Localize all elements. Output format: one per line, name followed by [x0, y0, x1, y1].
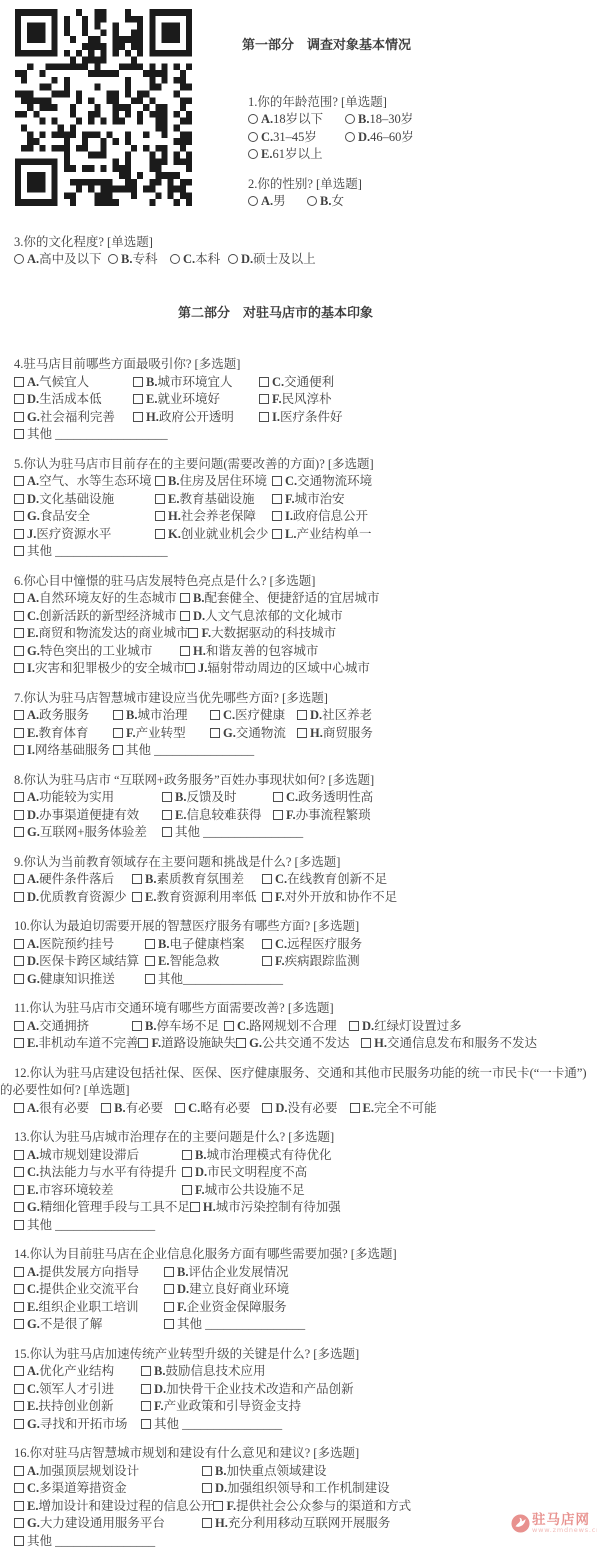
checkbox-icon[interactable] — [141, 1384, 151, 1394]
checkbox-icon[interactable] — [145, 939, 155, 949]
checkbox-icon[interactable] — [14, 546, 24, 556]
option-label: 教育资源利用率低 — [156, 890, 256, 904]
option-8-C[interactable]: C.政务透明性高 — [273, 789, 373, 807]
option-6-E[interactable]: E.商贸和物流发达的商业城市 — [14, 625, 188, 643]
option-label: 大力建设通用服务平台 — [40, 1516, 165, 1530]
option-letter: D. — [362, 1019, 374, 1033]
option-8-D[interactable]: D.办事渠道便捷有效 — [14, 807, 162, 825]
option-label: 企业资金保障服务 — [187, 1300, 287, 1314]
checkbox-icon[interactable] — [164, 1302, 174, 1312]
checkbox-icon[interactable] — [361, 1038, 371, 1048]
option-10-B[interactable]: B.电子健康档案 — [145, 936, 262, 954]
option-7-H[interactable]: H.商贸服务 — [297, 725, 373, 743]
checkbox-icon[interactable] — [182, 1185, 192, 1195]
option-12-B[interactable]: B.有必要 — [101, 1100, 163, 1118]
checkbox-icon[interactable] — [14, 412, 24, 422]
checkbox-icon[interactable] — [350, 1103, 360, 1113]
checkbox-icon[interactable] — [182, 1167, 192, 1177]
option-label: 医疗资源水平 — [36, 527, 111, 541]
option-5-K[interactable]: K.创业就业机会少 — [155, 526, 272, 544]
option-11-G[interactable]: G.公共交通不发达 — [236, 1035, 361, 1053]
option-10-A[interactable]: A.医院预约挂号 — [14, 936, 145, 954]
checkbox-icon[interactable] — [14, 1267, 24, 1277]
checkbox-icon[interactable] — [202, 1466, 212, 1476]
option-12-D[interactable]: D.没有必要 — [262, 1100, 337, 1118]
option-8-other[interactable]: 其他 ________________ — [162, 824, 303, 842]
checkbox-icon[interactable] — [180, 611, 190, 621]
checkbox-icon[interactable] — [14, 745, 24, 755]
option-10-other[interactable]: 其他________________ — [145, 971, 283, 989]
checkbox-icon[interactable] — [14, 1501, 24, 1511]
checkbox-icon[interactable] — [164, 1319, 174, 1329]
option-14-other[interactable]: 其他 ________________ — [164, 1316, 305, 1334]
checkbox-icon[interactable] — [14, 1483, 24, 1493]
checkbox-icon[interactable] — [141, 1419, 151, 1429]
option-13-E[interactable]: E.市容环境较差 — [14, 1182, 182, 1200]
checkbox-icon[interactable] — [113, 710, 123, 720]
radio-icon[interactable] — [248, 132, 258, 142]
option-1-D[interactable]: D.46–60岁 — [345, 129, 414, 147]
option-letter: F. — [275, 954, 285, 968]
question-6: 6.你心目中憧憬的驻马店发展特色亮点是什么? [多选题]A.自然环境友好的生态城… — [14, 573, 597, 678]
checkbox-icon[interactable] — [155, 529, 165, 539]
option-16-A[interactable]: A.加强顶层规划设计 — [14, 1463, 202, 1481]
checkbox-icon[interactable] — [259, 377, 269, 387]
checkbox-icon[interactable] — [14, 511, 24, 521]
checkbox-icon[interactable] — [132, 892, 142, 902]
option-7-D[interactable]: D.社区养老 — [297, 707, 372, 725]
option-other-label: 其他 ________________ — [177, 1317, 305, 1331]
option-4-D[interactable]: D.生活成本低 — [14, 391, 133, 409]
checkbox-icon[interactable] — [14, 710, 24, 720]
checkbox-icon[interactable] — [188, 628, 198, 638]
option-16-other[interactable]: 其他 ________________ — [14, 1533, 202, 1551]
option-11-F[interactable]: F.道路设施缺失 — [138, 1035, 236, 1053]
checkbox-icon[interactable] — [164, 1267, 174, 1277]
checkbox-icon[interactable] — [175, 1103, 185, 1113]
option-13-H[interactable]: H.城市污染控制有待加强 — [190, 1199, 341, 1217]
option-label: 加强顶层规划设计 — [39, 1464, 139, 1478]
option-4-G[interactable]: G.社会福利完善 — [14, 409, 133, 427]
option-4-other[interactable]: 其他 __________________ — [14, 426, 168, 444]
checkbox-icon[interactable] — [14, 1466, 24, 1476]
option-5-G[interactable]: G.食品安全 — [14, 508, 155, 526]
option-10-G[interactable]: G.健康知识推送 — [14, 971, 145, 989]
checkbox-icon[interactable] — [145, 974, 155, 984]
option-7-G[interactable]: G.交通物流 — [210, 725, 297, 743]
option-3-B[interactable]: B.专科 — [108, 251, 170, 269]
question-8: 8.你认为驻马店市 “互联网+政务服务”百姓办事现状如何? [多选题]A.功能较… — [14, 772, 597, 842]
checkbox-icon[interactable] — [262, 892, 272, 902]
checkbox-icon[interactable] — [138, 1038, 148, 1048]
checkbox-icon[interactable] — [133, 377, 143, 387]
option-label: 互联网+服务体验差 — [40, 825, 147, 839]
option-13-D[interactable]: D.市民文明程度不高 — [182, 1164, 307, 1182]
option-1-E[interactable]: E.61岁以上 — [248, 146, 345, 164]
checkbox-icon[interactable] — [14, 1384, 24, 1394]
option-16-F[interactable]: F.提供社会公众参与的渠道和方式 — [213, 1498, 411, 1516]
checkbox-icon[interactable] — [180, 646, 190, 656]
checkbox-icon[interactable] — [14, 1220, 24, 1230]
checkbox-icon[interactable] — [202, 1483, 212, 1493]
checkbox-icon[interactable] — [14, 1518, 24, 1528]
survey-page: 第一部分 调查对象基本情况 1.你的年龄范围? [单选题]A.18岁以下B.18… — [0, 0, 597, 1551]
option-11-D[interactable]: D.红绿灯设置过多 — [349, 1018, 462, 1036]
checkbox-icon[interactable] — [14, 494, 24, 504]
option-7-C[interactable]: C.医疗健康 — [210, 707, 297, 725]
option-8-F[interactable]: F.办事流程繁琐 — [273, 807, 371, 825]
option-letter: H. — [193, 644, 206, 658]
question-12-title: 12.你认为驻马店建设包括社保、医保、医疗健康服务、交通和其他市民服务功能的统一… — [0, 1065, 591, 1100]
option-13-G[interactable]: G.精细化管理手段与工具不足 — [14, 1199, 190, 1217]
option-4-F[interactable]: F.民风淳朴 — [259, 391, 332, 409]
checkbox-icon[interactable] — [162, 810, 172, 820]
option-label: 电子健康档案 — [169, 937, 244, 951]
option-other-label: 其他 ________________ — [126, 743, 254, 757]
checkbox-icon[interactable] — [155, 476, 165, 486]
checkbox-icon[interactable] — [162, 827, 172, 837]
question-12: 12.你认为驻马店建设包括社保、医保、医疗健康服务、交通和其他市民服务功能的统一… — [0, 1065, 591, 1118]
checkbox-icon[interactable] — [14, 1419, 24, 1429]
option-4-A[interactable]: A.气候宜人 — [14, 374, 133, 392]
option-6-J[interactable]: J.辐射带动周边的区域中心城市 — [185, 660, 370, 678]
checkbox-icon[interactable] — [14, 728, 24, 738]
option-5-A[interactable]: A.空气、水等生态环境 — [14, 473, 155, 491]
checkbox-icon[interactable] — [190, 1202, 200, 1212]
checkbox-icon[interactable] — [14, 429, 24, 439]
checkbox-icon[interactable] — [14, 892, 24, 902]
radio-icon[interactable] — [228, 254, 238, 264]
option-16-C[interactable]: C.多渠道筹措资金 — [14, 1480, 202, 1498]
option-15-A[interactable]: A.优化产业结构 — [14, 1363, 141, 1381]
checkbox-icon[interactable] — [14, 394, 24, 404]
option-9-E[interactable]: E.教育资源利用率低 — [132, 889, 262, 907]
option-5-H[interactable]: H.社会养老保障 — [155, 508, 272, 526]
option-letter: C. — [223, 708, 235, 722]
option-14-F[interactable]: F.企业资金保障服务 — [164, 1299, 287, 1317]
option-label: 硕士及以上 — [253, 252, 316, 266]
checkbox-icon[interactable] — [145, 956, 155, 966]
option-13-A[interactable]: A.城市规划建设滞后 — [14, 1147, 182, 1165]
checkbox-icon[interactable] — [155, 511, 165, 521]
checkbox-icon[interactable] — [210, 710, 220, 720]
option-label: 女 — [331, 194, 344, 208]
option-14-G[interactable]: G.不是很了解 — [14, 1316, 164, 1334]
option-4-I[interactable]: I.医疗条件好 — [259, 409, 343, 427]
option-8-A[interactable]: A.功能较为实用 — [14, 789, 162, 807]
option-8-B[interactable]: B.反馈及时 — [162, 789, 273, 807]
checkbox-icon[interactable] — [272, 511, 282, 521]
checkbox-icon[interactable] — [182, 1150, 192, 1160]
checkbox-icon[interactable] — [14, 827, 24, 837]
option-4-C[interactable]: C.交通便利 — [259, 374, 334, 392]
checkbox-icon[interactable] — [14, 1536, 24, 1546]
checkbox-icon[interactable] — [349, 1021, 359, 1031]
option-15-G[interactable]: G.寻找和开拓市场 — [14, 1416, 141, 1434]
checkbox-icon[interactable] — [14, 1021, 24, 1031]
checkbox-icon[interactable] — [14, 956, 24, 966]
option-5-J[interactable]: J.医疗资源水平 — [14, 526, 155, 544]
checkbox-icon[interactable] — [14, 1185, 24, 1195]
checkbox-icon[interactable] — [185, 663, 195, 673]
checkbox-icon[interactable] — [155, 494, 165, 504]
option-12-C[interactable]: C.略有必要 — [175, 1100, 250, 1118]
option-label: 素质教育氛围差 — [156, 872, 244, 886]
option-14-B[interactable]: B.评估企业发展情况 — [164, 1264, 288, 1282]
radio-icon[interactable] — [345, 114, 355, 124]
question-16-options-row: 其他 ________________ — [14, 1533, 597, 1551]
option-2-B[interactable]: B.女 — [307, 193, 344, 211]
checkbox-icon[interactable] — [14, 1167, 24, 1177]
option-6-H[interactable]: H.和谐友善的包容城市 — [180, 643, 318, 661]
question-2-title: 2.你的性别? [单选题] — [248, 176, 597, 194]
option-5-other[interactable]: 其他 __________________ — [14, 543, 168, 561]
option-3-A[interactable]: A.高中及以下 — [14, 251, 108, 269]
radio-icon[interactable] — [248, 196, 258, 206]
option-12-A[interactable]: A.很有必要 — [14, 1100, 89, 1118]
checkbox-icon[interactable] — [132, 1021, 142, 1031]
option-1-B[interactable]: B.18–30岁 — [345, 111, 413, 129]
checkbox-icon[interactable] — [14, 792, 24, 802]
option-6-A[interactable]: A.自然环境友好的生态城市 — [14, 590, 180, 608]
option-10-C[interactable]: C.远程医疗服务 — [262, 936, 362, 954]
checkbox-icon[interactable] — [262, 1103, 272, 1113]
option-16-G[interactable]: G.大力建设通用服务平台 — [14, 1515, 202, 1533]
option-9-D[interactable]: D.优质教育资源少 — [14, 889, 132, 907]
checkbox-icon[interactable] — [14, 663, 24, 673]
checkbox-icon[interactable] — [133, 412, 143, 422]
checkbox-icon[interactable] — [132, 874, 142, 884]
checkbox-icon[interactable] — [14, 1202, 24, 1212]
option-11-H[interactable]: H.交通信息发布和服务不发达 — [361, 1035, 537, 1053]
option-16-E[interactable]: E.增加设计和建设过程的信息公开 — [14, 1498, 213, 1516]
checkbox-icon[interactable] — [14, 874, 24, 884]
option-6-I[interactable]: I.灾害和犯罪极少的安全城市 — [14, 660, 185, 678]
checkbox-icon[interactable] — [259, 394, 269, 404]
option-letter: B. — [175, 790, 186, 804]
checkbox-icon[interactable] — [14, 1302, 24, 1312]
option-9-F[interactable]: F.对外开放和协作不足 — [262, 889, 397, 907]
option-16-D[interactable]: D.加强组织领导和工作机制建设 — [202, 1480, 390, 1498]
option-label: 城市环境宜人 — [157, 375, 232, 389]
option-12-E[interactable]: E.完全不可能 — [350, 1100, 437, 1118]
option-5-C[interactable]: C.交通物流环境 — [272, 473, 372, 491]
option-letter: C. — [286, 790, 298, 804]
option-14-E[interactable]: E.组织企业职工培训 — [14, 1299, 164, 1317]
radio-icon[interactable] — [307, 196, 317, 206]
option-6-B[interactable]: B.配套健全、便捷舒适的宜居城市 — [180, 590, 379, 608]
checkbox-icon[interactable] — [14, 1150, 24, 1160]
question-5-options-row: 其他 __________________ — [14, 543, 597, 561]
option-label: 停车场不足 — [156, 1019, 219, 1033]
checkbox-icon[interactable] — [259, 412, 269, 422]
option-4-E[interactable]: E.就业环境好 — [133, 391, 259, 409]
option-7-F[interactable]: F.产业转型 — [113, 725, 210, 743]
radio-icon[interactable] — [248, 114, 258, 124]
radio-icon[interactable] — [14, 254, 24, 264]
checkbox-icon[interactable] — [14, 974, 24, 984]
checkbox-icon[interactable] — [297, 728, 307, 738]
option-9-A[interactable]: A.硬件条件落后 — [14, 871, 132, 889]
checkbox-icon[interactable] — [213, 1501, 223, 1511]
option-10-F[interactable]: F.疾病跟踪监测 — [262, 953, 360, 971]
radio-icon[interactable] — [248, 149, 258, 159]
option-8-G[interactable]: G.互联网+服务体验差 — [14, 824, 162, 842]
option-15-D[interactable]: D.加快骨干企业技术改造和产品创新 — [141, 1381, 354, 1399]
option-7-B[interactable]: B.城市治理 — [113, 707, 210, 725]
option-5-D[interactable]: D.文化基础设施 — [14, 491, 155, 509]
question-9-options-row: A.硬件条件落后B.素质教育氛围差C.在线教育创新不足 — [14, 871, 597, 889]
checkbox-icon[interactable] — [273, 810, 283, 820]
option-11-A[interactable]: A.交通拥挤 — [14, 1018, 132, 1036]
option-9-B[interactable]: B.素质教育氛围差 — [132, 871, 262, 889]
checkbox-icon[interactable] — [164, 1284, 174, 1294]
question-13-options-row: G.精细化管理手段与工具不足H.城市污染控制有待加强 — [14, 1199, 597, 1217]
option-10-D[interactable]: D.医保卡跨区域结算 — [14, 953, 145, 971]
radio-icon[interactable] — [108, 254, 118, 264]
option-14-C[interactable]: C.提供企业交流平台 — [14, 1281, 164, 1299]
checkbox-icon[interactable] — [14, 646, 24, 656]
option-4-H[interactable]: H.政府公开透明 — [133, 409, 259, 427]
option-13-F[interactable]: F.城市公共设施不足 — [182, 1182, 305, 1200]
checkbox-icon[interactable] — [141, 1401, 151, 1411]
option-15-other[interactable]: 其他 ________________ — [141, 1416, 282, 1434]
checkbox-icon[interactable] — [272, 494, 282, 504]
option-3-D[interactable]: D.硕士及以上 — [228, 251, 316, 269]
checkbox-icon[interactable] — [273, 792, 283, 802]
checkbox-icon[interactable] — [14, 810, 24, 820]
option-5-E[interactable]: E.教育基础设施 — [155, 491, 272, 509]
checkbox-icon[interactable] — [113, 728, 123, 738]
option-7-other[interactable]: 其他 ________________ — [113, 742, 254, 760]
checkbox-icon[interactable] — [101, 1103, 111, 1113]
option-letter: D. — [27, 954, 39, 968]
option-14-D[interactable]: D.建立良好商业环境 — [164, 1281, 289, 1299]
checkbox-icon[interactable] — [272, 529, 282, 539]
option-letter: B. — [158, 937, 169, 951]
option-7-E[interactable]: E.教育体育 — [14, 725, 113, 743]
checkbox-icon[interactable] — [210, 728, 220, 738]
checkbox-icon[interactable] — [14, 593, 24, 603]
option-7-I[interactable]: I.网络基础服务 — [14, 742, 113, 760]
checkbox-icon[interactable] — [297, 710, 307, 720]
radio-icon[interactable] — [170, 254, 180, 264]
option-label: 有必要 — [126, 1101, 164, 1115]
option-13-other[interactable]: 其他 ________________ — [14, 1217, 182, 1235]
checkbox-icon[interactable] — [272, 476, 282, 486]
checkbox-icon[interactable] — [180, 593, 190, 603]
option-label: 市民文明程度不高 — [207, 1165, 307, 1179]
checkbox-icon[interactable] — [262, 956, 272, 966]
option-4-B[interactable]: B.城市环境宜人 — [133, 374, 259, 392]
option-15-E[interactable]: E.扶持创业创新 — [14, 1398, 141, 1416]
option-13-C[interactable]: C.执法能力与水平有待提升 — [14, 1164, 182, 1182]
question-9-options-row: D.优质教育资源少E.教育资源利用率低F.对外开放和协作不足 — [14, 889, 597, 907]
option-11-C[interactable]: C.路网规划不合理 — [224, 1018, 349, 1036]
checkbox-icon[interactable] — [14, 1284, 24, 1294]
option-6-C[interactable]: C.创新活跃的新型经济城市 — [14, 608, 180, 626]
option-letter: E. — [158, 954, 169, 968]
option-label: 自然环境友好的生态城市 — [39, 591, 177, 605]
option-letter: F. — [177, 1300, 187, 1314]
checkbox-icon[interactable] — [14, 939, 24, 949]
option-14-A[interactable]: A.提供发展方向指导 — [14, 1264, 164, 1282]
checkbox-icon[interactable] — [14, 611, 24, 621]
option-3-C[interactable]: C.本科 — [170, 251, 228, 269]
option-15-F[interactable]: F.产业政策和引导资金支持 — [141, 1398, 301, 1416]
option-8-E[interactable]: E.信息较难获得 — [162, 807, 273, 825]
option-1-A[interactable]: A.18岁以下 — [248, 111, 345, 129]
question-11-title: 11.你认为驻马店市交通环境有哪些方面需要改善? [多选题] — [14, 1000, 597, 1018]
checkbox-icon[interactable] — [236, 1038, 246, 1048]
option-letter: C. — [285, 474, 297, 488]
option-letter: B. — [358, 112, 369, 126]
checkbox-icon[interactable] — [202, 1518, 212, 1528]
option-2-A[interactable]: A.男 — [248, 193, 307, 211]
checkbox-icon[interactable] — [14, 1103, 24, 1113]
checkbox-icon[interactable] — [133, 394, 143, 404]
option-letter: B. — [320, 194, 331, 208]
option-5-B[interactable]: B.住房及居住环境 — [155, 473, 272, 491]
checkbox-icon[interactable] — [14, 476, 24, 486]
checkbox-icon[interactable] — [262, 939, 272, 949]
option-11-B[interactable]: B.停车场不足 — [132, 1018, 224, 1036]
option-7-A[interactable]: A.政务服务 — [14, 707, 113, 725]
option-15-C[interactable]: C.领军人才引进 — [14, 1381, 141, 1399]
checkbox-icon[interactable] — [14, 529, 24, 539]
checkbox-icon[interactable] — [14, 1319, 24, 1329]
checkbox-icon[interactable] — [14, 628, 24, 638]
header-block: 第一部分 调查对象基本情况 1.你的年龄范围? [单选题]A.18岁以下B.18… — [0, 0, 597, 223]
option-5-I[interactable]: I.政府信息公开 — [272, 508, 368, 526]
checkbox-icon[interactable] — [14, 1038, 24, 1048]
option-label: 18–30岁 — [369, 112, 413, 126]
checkbox-icon[interactable] — [262, 874, 272, 884]
question-3-options-row: A.高中及以下B.专科C.本科D.硕士及以上 — [14, 251, 597, 269]
option-5-L[interactable]: L.产业结构单一 — [272, 526, 371, 544]
question-6-options-row: I.灾害和犯罪极少的安全城市J.辐射带动周边的区域中心城市 — [14, 660, 597, 678]
option-6-F[interactable]: F.大数据驱动的科技城市 — [188, 625, 336, 643]
radio-icon[interactable] — [345, 132, 355, 142]
option-15-B[interactable]: B.鼓励信息技术应用 — [141, 1363, 265, 1381]
option-6-D[interactable]: D.人文气息浓郁的文化城市 — [180, 608, 343, 626]
checkbox-icon[interactable] — [14, 1366, 24, 1376]
option-label: 完全不可能 — [374, 1101, 437, 1115]
option-letter: E. — [27, 626, 38, 640]
option-9-C[interactable]: C.在线教育创新不足 — [262, 871, 387, 889]
option-13-B[interactable]: B.城市治理模式有待优化 — [182, 1147, 331, 1165]
option-11-E[interactable]: E.非机动车道不完善 — [14, 1035, 138, 1053]
option-label: 扶持创业创新 — [38, 1399, 113, 1413]
option-label: 路网规划不合理 — [249, 1019, 337, 1033]
checkbox-icon[interactable] — [14, 1401, 24, 1411]
option-letter: E. — [27, 1399, 38, 1413]
checkbox-icon[interactable] — [141, 1366, 151, 1376]
checkbox-icon[interactable] — [113, 745, 123, 755]
option-5-F[interactable]: F.城市治安 — [272, 491, 345, 509]
option-label: 对外开放和协作不足 — [285, 890, 398, 904]
option-16-H[interactable]: H.充分利用移动互联网开展服务 — [202, 1515, 390, 1533]
option-16-B[interactable]: B.加快重点领域建设 — [202, 1463, 326, 1481]
option-6-G[interactable]: G.特色突出的工业城市 — [14, 643, 180, 661]
option-10-E[interactable]: E.智能急救 — [145, 953, 262, 971]
checkbox-icon[interactable] — [14, 377, 24, 387]
question-8-options-row: G.互联网+服务体验差其他 ________________ — [14, 824, 597, 842]
checkbox-icon[interactable] — [162, 792, 172, 802]
option-1-C[interactable]: C.31–45岁 — [248, 129, 345, 147]
option-letter: B. — [195, 1148, 206, 1162]
checkbox-icon[interactable] — [224, 1021, 234, 1031]
